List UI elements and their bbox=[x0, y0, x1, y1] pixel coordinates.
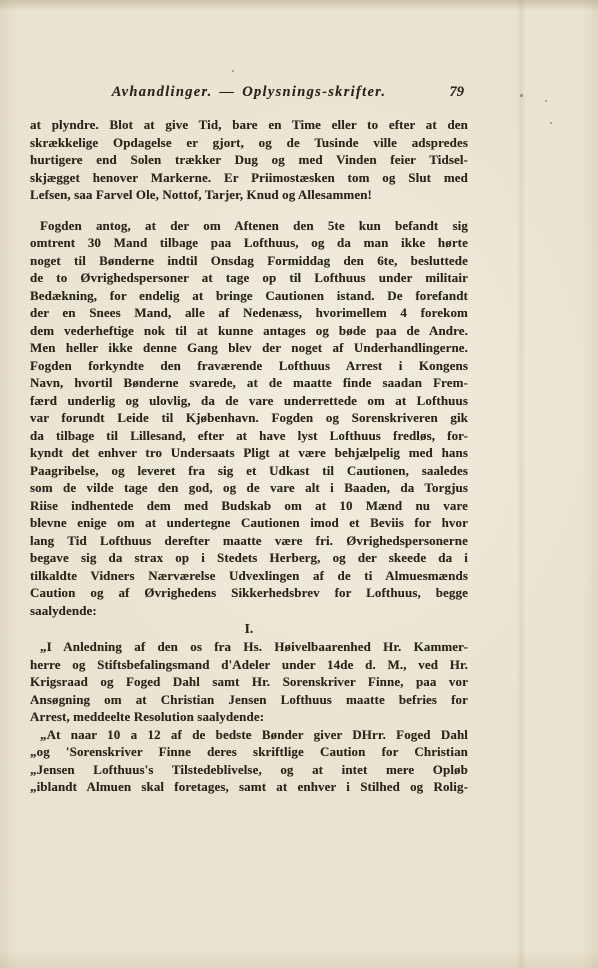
text-line: „At naar 10 a 12 af de bedste Bønder giv… bbox=[30, 726, 468, 744]
text-line: Paagribelse, og leveret fra sig et Udkas… bbox=[30, 462, 468, 480]
text-line: kyndt det enhver tro Undersaats Pligt at… bbox=[30, 444, 468, 462]
paragraph-4: „At naar 10 a 12 af de bedste Bønder giv… bbox=[30, 726, 468, 796]
running-header-title: Avhandlinger. — Oplysnings-skrifter. bbox=[112, 84, 387, 100]
text-line: var forundt Leide til Kjøbenhavn. Fogden… bbox=[30, 409, 468, 427]
text-line: tilkaldte Vidners Nærværelse Udvexlingen… bbox=[30, 567, 468, 585]
text-line: som de vilde tage den god, og de vare al… bbox=[30, 479, 468, 497]
paper-speck bbox=[545, 100, 547, 102]
text-line: Fogden forkyndte den fraværende Lofthuus… bbox=[30, 357, 468, 375]
section-heading: I. bbox=[30, 619, 468, 638]
running-header: Avhandlinger. — Oplysnings-skrifter. 79 bbox=[30, 84, 468, 100]
text-line: dem vederheftige nok til at kunne antage… bbox=[30, 322, 468, 340]
text-line: skrækkelige Opdagelse er gjort, og de Tu… bbox=[30, 134, 468, 152]
text-line: Men heller ikke denne Gang blev der noge… bbox=[30, 339, 468, 357]
text-line: begave sig da strax op i Stedets Herberg… bbox=[30, 549, 468, 567]
text-line: „Jensen Lofthuus's Tilstedeblivelse, og … bbox=[30, 761, 468, 779]
paper-speck bbox=[520, 94, 523, 97]
text-line: hurtigere end Solen trækker Dug og med V… bbox=[30, 151, 468, 169]
text-line: de to Øvrighedspersoner at tage op til L… bbox=[30, 269, 468, 287]
text-line: noget til Bønderne indtil Onsdag Formidd… bbox=[30, 252, 468, 270]
paper-speck bbox=[232, 70, 234, 72]
text-line: Krigsraad og Foged Dahl samt Hr. Sorensk… bbox=[30, 673, 468, 691]
text-line: „og 'Sorenskriver Finne deres skriftlige… bbox=[30, 743, 468, 761]
paragraph-1: at plyndre. Blot at give Tid, bare en Ti… bbox=[30, 116, 468, 204]
text-column: Avhandlinger. — Oplysnings-skrifter. 79 … bbox=[30, 84, 468, 796]
paragraph-2: Fogden antog, at der om Aftenen den 5te … bbox=[30, 217, 468, 620]
text-line: da tilbage til Lillesand, efter at have … bbox=[30, 427, 468, 445]
text-line: Navn, hvortil Bønderne svarede, at de ma… bbox=[30, 374, 468, 392]
paragraph-3: „I Anledning af den os fra Hs. Høivelbaa… bbox=[30, 638, 468, 726]
text-line: Ansøgning om at Christian Jensen Lofthuu… bbox=[30, 691, 468, 709]
text-line: herre og Stiftsbefalingsmand d'Adeler un… bbox=[30, 656, 468, 674]
paper-speck bbox=[550, 122, 552, 124]
text-line: at plyndre. Blot at give Tid, bare en Ti… bbox=[30, 116, 468, 134]
text-line: Caution og af Øvrighedens Sikkerhedsbrev… bbox=[30, 584, 468, 602]
text-line: Bedækning, for endelig at bringe Caution… bbox=[30, 287, 468, 305]
text-line: Riise indhentede dem med Budskab om at 1… bbox=[30, 497, 468, 515]
scanned-book-page: Avhandlinger. — Oplysnings-skrifter. 79 … bbox=[0, 0, 598, 968]
text-line: skjægget henover Markerne. Er Priimostæs… bbox=[30, 169, 468, 187]
text-line: færd underlig og ulovlig, da de vare und… bbox=[30, 392, 468, 410]
text-line: blevne enige om at undertegne Cautionen … bbox=[30, 514, 468, 532]
text-line: der en Snees Mand, alle af Nedenæss, hvo… bbox=[30, 304, 468, 322]
text-line: Lefsen, saa Farvel Ole, Nottof, Tarjer, … bbox=[30, 186, 468, 204]
text-line: „iblandt Almuen skal foretages, samt at … bbox=[30, 778, 468, 796]
text-line: omtrent 30 Mand tilbage paa Lofthuus, og… bbox=[30, 234, 468, 252]
text-line: Fogden antog, at der om Aftenen den 5te … bbox=[30, 217, 468, 235]
page-number: 79 bbox=[450, 84, 465, 100]
text-line: lang Tid Lofthuus derefter maatte være f… bbox=[30, 532, 468, 550]
text-line: „I Anledning af den os fra Hs. Høivelbaa… bbox=[30, 638, 468, 656]
text-line: Arrest, meddeelte Resolution saalydende: bbox=[30, 708, 468, 726]
text-line: saalydende: bbox=[30, 602, 468, 620]
